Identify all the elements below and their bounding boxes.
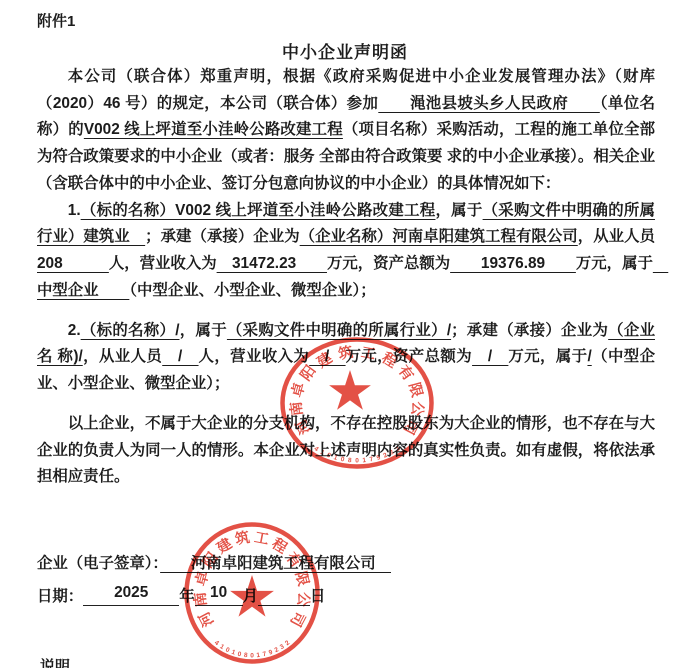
attachment-label: 附件1 — [37, 10, 75, 31]
bid-item-2: 2.（标的名称）/，属于（采购文件中明确的所属行业）/；承建（承接）企业为（企业… — [37, 318, 655, 398]
purchaser-name-blank: 渑池县坡头乡人民政府 — [378, 95, 600, 112]
svg-text:4: 4 — [213, 639, 220, 647]
document-body: 本公司（联合体）郑重声明，根据《政府采购促进中小企业发展管理办法》（财库（202… — [37, 64, 655, 491]
bid-item-1: 1.（标的名称）V002 线上坪道至小洼岭公路改建工程，属于（采购文件中明确的所… — [37, 198, 655, 305]
revenue-blank: / — [309, 348, 345, 365]
company-name-blank: （企业名称）河南卓阳建筑工程有限公司 — [300, 228, 578, 245]
year-value: 2025 — [83, 584, 179, 606]
assets-blank: 19376.89 — [450, 255, 576, 272]
text-run: ，从业人员 — [578, 228, 655, 245]
svg-text:1: 1 — [230, 649, 236, 657]
document-page: 附件1 中小企业声明函 本公司（联合体）郑重声明，根据《政府采购促进中小企业发展… — [0, 0, 690, 668]
svg-text:河: 河 — [195, 608, 217, 629]
text-run: 万元，属于 — [508, 348, 587, 365]
text-run: ，从业人员 — [83, 348, 162, 365]
employees-blank: 208 — [37, 255, 109, 272]
footer-partial-label: 说明 — [40, 655, 70, 668]
svg-text:筑: 筑 — [234, 528, 252, 548]
text-run: 万元，属于 — [576, 255, 653, 272]
svg-text:3: 3 — [279, 643, 286, 651]
project-name-blank: V002 线上坪道至小洼岭公路改建工程 — [84, 121, 343, 138]
svg-text:2: 2 — [284, 639, 291, 647]
svg-text:0: 0 — [224, 646, 231, 654]
text-run: 人，营业收入为 — [199, 348, 310, 365]
year-unit: 年 — [179, 588, 194, 605]
assets-blank: / — [472, 348, 508, 365]
signature-label: 企业（电子签章）： — [37, 555, 160, 572]
company-name-value: 河南卓阳建筑工程有限公司 — [160, 555, 391, 572]
industry-blank: （采购文件中明确的所属行业）/ — [227, 322, 451, 339]
day-value — [258, 584, 310, 606]
subject-name-blank: （标的名称）V002 线上坪道至小洼岭公路改建工程 — [81, 202, 436, 219]
svg-text:1: 1 — [218, 643, 225, 651]
date-label: 日期： — [37, 588, 83, 605]
svg-text:0: 0 — [237, 651, 242, 659]
text-run: ，属于 — [435, 202, 482, 219]
svg-text:7: 7 — [262, 651, 267, 659]
item-number: 2. — [68, 322, 81, 339]
closing-paragraph: 以上企业，不属于大企业的分支机构，不存在控股股东为大企业的情形，也不存在与大 企… — [37, 411, 655, 491]
text-run: 万元，资产总额为 — [346, 348, 473, 365]
signature-line: 企业（电子签章）： 河南卓阳建筑工程有限公司 — [37, 551, 391, 573]
subject-name-blank: （标的名称）/ — [81, 322, 180, 339]
item-number: 1. — [68, 202, 81, 219]
day-unit: 日 — [310, 588, 325, 605]
declaration-paragraph: 本公司（联合体）郑重声明，根据《政府采购促进中小企业发展管理办法》（财库（202… — [37, 64, 655, 198]
date-line: 日期：2025年10月日 — [37, 584, 325, 606]
svg-text:0: 0 — [250, 653, 254, 660]
svg-text:司: 司 — [287, 609, 310, 630]
employees-blank: / — [162, 348, 198, 365]
month-value: 10 — [195, 584, 243, 606]
document-title: 中小企业声明函 — [0, 38, 690, 63]
text-run: （中型企业、小型企业、微型企业）； — [129, 282, 375, 299]
text-run: ，属于 — [179, 322, 226, 339]
svg-text:工: 工 — [253, 530, 271, 549]
svg-text:8: 8 — [244, 652, 249, 659]
svg-text:1: 1 — [256, 652, 261, 659]
revenue-blank: 31472.23 — [217, 255, 327, 272]
text-run: 人，营业收入为 — [109, 255, 217, 272]
text-run: ；承建（承接）企业为 — [451, 322, 608, 339]
text-run: ；承建（承接）企业为 — [145, 228, 300, 245]
svg-text:9: 9 — [268, 649, 274, 657]
text-run: 万元，资产总额为 — [327, 255, 450, 272]
svg-text:2: 2 — [273, 646, 280, 654]
month-unit: 月 — [243, 588, 258, 605]
